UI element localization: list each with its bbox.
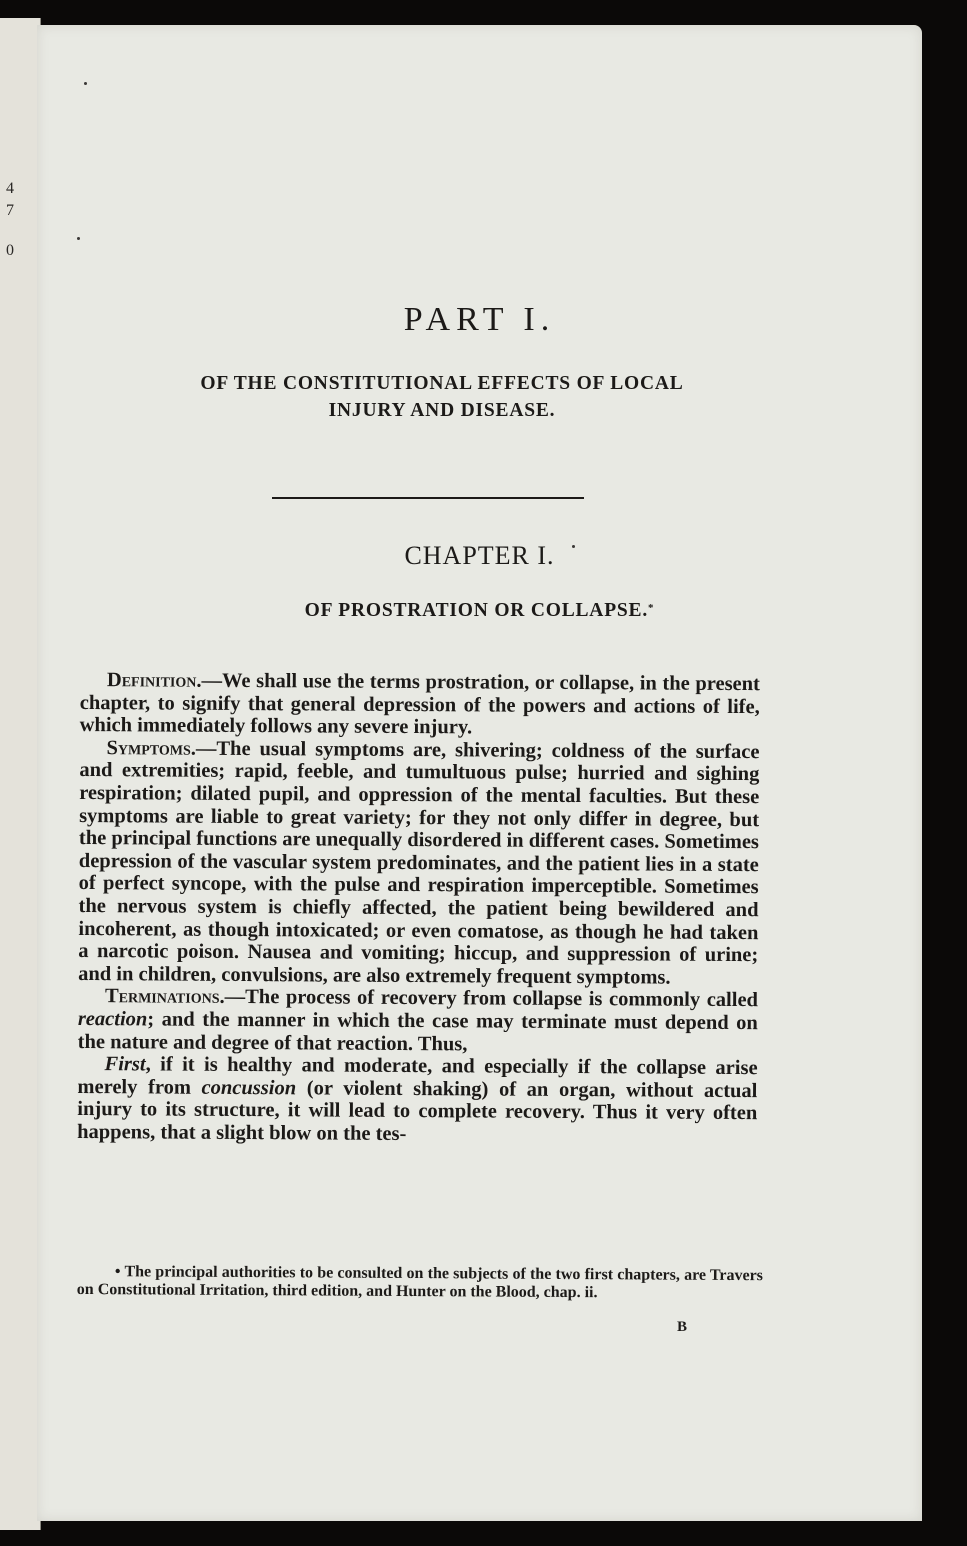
paragraph-heading: Symptoms. [106, 737, 196, 760]
part-title: PART I. [37, 301, 922, 339]
footnote: • The principal authorities to be consul… [77, 1263, 763, 1303]
edge-mark: 0 [0, 240, 14, 262]
paragraph-terminations: Terminations.—The process of recovery fr… [78, 985, 758, 1057]
paper-speck [84, 82, 87, 85]
footnote-paragraph: • The principal authorities to be consul… [77, 1263, 763, 1303]
underlying-page-marks: 4 7 0 [0, 178, 14, 262]
section-divider [272, 497, 584, 499]
book-page: PART I. OF THE CONSTITUTIONAL EFFECTS OF… [37, 25, 922, 1521]
paragraph-first: First, if it is healthy and moderate, an… [77, 1053, 758, 1148]
paragraph-text: —The usual symptoms are, shivering; cold… [78, 737, 760, 988]
chapter-title: CHAPTER I. [37, 541, 922, 571]
footnote-reference[interactable]: * [648, 602, 654, 614]
paragraph-text: ; and the manner in which the case may t… [78, 1008, 758, 1055]
edge-mark: 7 [0, 200, 14, 222]
signature-mark: B [677, 1319, 687, 1336]
paragraph-heading: Terminations. [105, 985, 225, 1008]
underlying-page-edge: 4 7 0 [0, 18, 41, 1530]
paragraph-symptoms: Symptoms.—The usual symptoms are, shiver… [78, 737, 760, 990]
paragraph-text: —The process of recovery from collapse i… [225, 986, 758, 1011]
part-subtitle: OF THE CONSTITUTIONAL EFFECTS OF LOCAL I… [107, 370, 777, 424]
paragraph-definition: Definition.—We shall use the terms prost… [80, 669, 760, 741]
chapter-subtitle: OF PROSTRATION OR COLLAPSE.* [37, 600, 922, 622]
chapter-subtitle-text: OF PROSTRATION OR COLLAPSE. [305, 600, 648, 621]
italic-term: reaction [78, 1008, 148, 1030]
italic-term: concussion [202, 1076, 297, 1099]
part-subtitle-line: INJURY AND DISEASE. [107, 397, 777, 424]
edge-mark: 4 [0, 178, 14, 200]
body-text: Definition.—We shall use the terms prost… [77, 669, 760, 1148]
paper-speck [77, 237, 80, 240]
italic-lead: First [105, 1053, 146, 1075]
paragraph-heading: Definition. [107, 669, 202, 692]
part-subtitle-line: OF THE CONSTITUTIONAL EFFECTS OF LOCAL [107, 370, 777, 397]
footnote-text: The principal authorities to be consulte… [77, 1263, 763, 1301]
